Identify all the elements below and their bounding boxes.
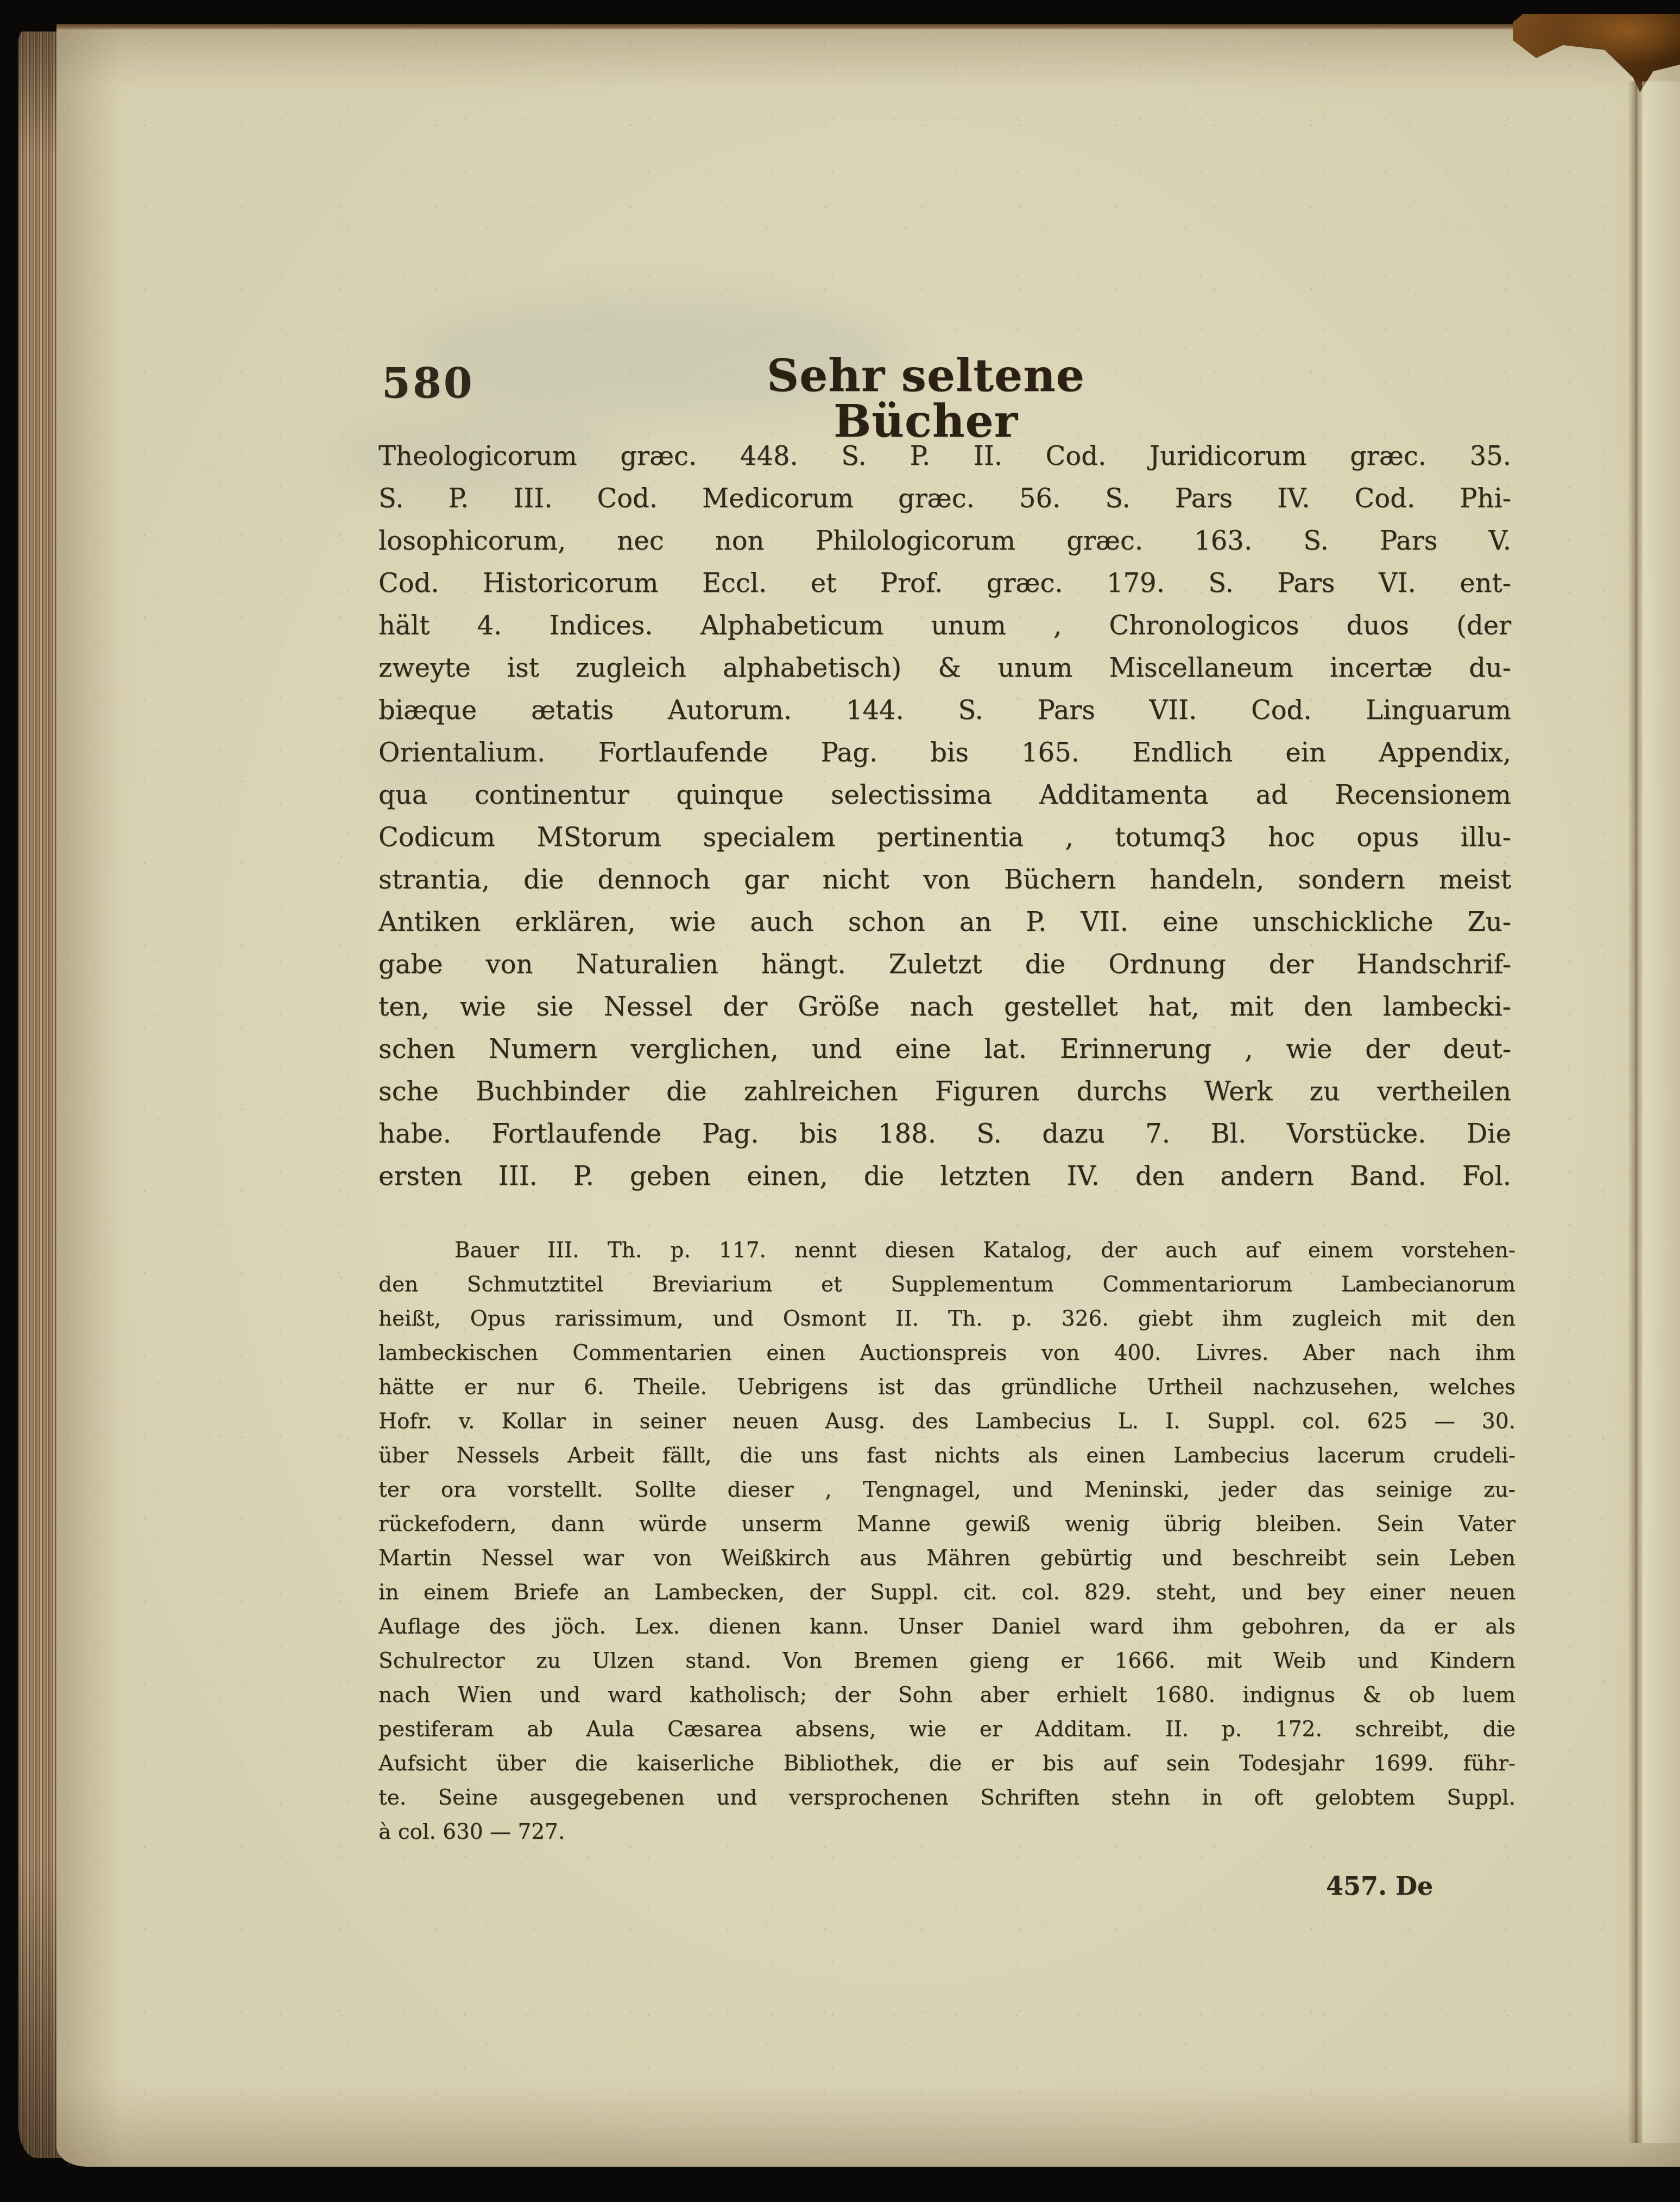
text-line: qua continentur quinque selectissima Add… — [378, 774, 1511, 816]
text-line: Auflage des jöch. Lex. dienen kann. Unse… — [378, 1610, 1515, 1644]
text-line: Schulrector zu Ulzen stand. Von Bremen g… — [378, 1644, 1515, 1678]
text-line: habe. Fortlaufende Pag. bis 188. S. dazu… — [378, 1113, 1511, 1155]
page-top-edge — [56, 24, 1680, 30]
page-number: 580 — [382, 363, 475, 404]
catchword: 457. De — [1326, 1872, 1433, 1900]
text-line: Orientalium. Fortlaufende Pag. bis 165. … — [378, 731, 1511, 774]
text-line: über Nessels Arbeit fällt, die uns fast … — [378, 1438, 1515, 1473]
text-line: in einem Briefe an Lambecken, der Suppl.… — [378, 1575, 1515, 1610]
text-line: gabe von Naturalien hängt. Zuletzt die O… — [378, 943, 1511, 986]
text-line: Hofr. v. Kollar in seiner neuen Ausg. de… — [378, 1404, 1515, 1438]
text-line: S. P. III. Cod. Medicorum græc. 56. S. P… — [378, 477, 1511, 520]
text-line: zweyte ist zugleich alphabetisch) & unum… — [378, 647, 1511, 689]
text-line: losophicorum, nec non Philologicorum græ… — [378, 520, 1511, 562]
text-line: Bauer III. Th. p. 117. nennt diesen Kata… — [378, 1233, 1515, 1267]
text-line: pestiferam ab Aula Cæsarea absens, wie e… — [378, 1712, 1515, 1746]
text-line: strantia, die dennoch gar nicht von Büch… — [378, 859, 1511, 901]
text-line: heißt, Opus rarissimum, und Osmont II. T… — [378, 1302, 1515, 1336]
scan-background: { "page": { "number": "580", "heading": … — [0, 0, 1680, 2202]
text-line: hält 4. Indices. Alphabeticum unum , Chr… — [378, 604, 1511, 647]
text-line: ten, wie sie Nessel der Größe nach geste… — [378, 986, 1511, 1028]
text-line: sche Buchbinder die zahlreichen Figuren … — [378, 1070, 1511, 1113]
text-line: à col. 630 — 727. — [378, 1815, 1515, 1849]
text-line: ersten III. P. geben einen, die letzten … — [378, 1155, 1511, 1197]
text-line: nach Wien und ward katholisch; der Sohn … — [378, 1678, 1515, 1712]
text-line: schen Numern verglichen, und eine lat. E… — [378, 1028, 1511, 1070]
gutter-page-sliver — [1642, 81, 1680, 2143]
text-line: lambeckischen Commentarien einen Auction… — [378, 1336, 1515, 1370]
book-page-edges — [18, 31, 61, 2158]
footnote-block: Bauer III. Th. p. 117. nennt diesen Kata… — [378, 1233, 1515, 1849]
text-line: ter ora vorstellt. Sollte dieser , Tengn… — [378, 1473, 1515, 1507]
main-text-block: Theologicorum græc. 448. S. P. II. Cod. … — [378, 435, 1511, 1197]
text-line: den Schmutztitel Breviarium et Supplemen… — [378, 1267, 1515, 1302]
text-line: rückefodern, dann würde unserm Manne gew… — [378, 1507, 1515, 1541]
text-line: Martin Nessel war von Weißkirch aus Mähr… — [378, 1541, 1515, 1575]
text-line: Theologicorum græc. 448. S. P. II. Cod. … — [378, 435, 1511, 477]
text-line: Aufsicht über die kaiserliche Bibliothek… — [378, 1746, 1515, 1781]
text-line: te. Seine ausgegebenen und versprochenen… — [378, 1781, 1515, 1815]
running-header: Sehr seltene Bücher — [681, 353, 1170, 444]
text-line: hätte er nur 6. Theile. Uebrigens ist da… — [378, 1370, 1515, 1404]
text-line: biæque ætatis Autorum. 144. S. Pars VII.… — [378, 689, 1511, 731]
text-line: Antiken erklären, wie auch schon an P. V… — [378, 901, 1511, 943]
text-line: Codicum MStorum specialem pertinentia , … — [378, 816, 1511, 859]
text-line: Cod. Historicorum Eccl. et Prof. græc. 1… — [378, 562, 1511, 604]
